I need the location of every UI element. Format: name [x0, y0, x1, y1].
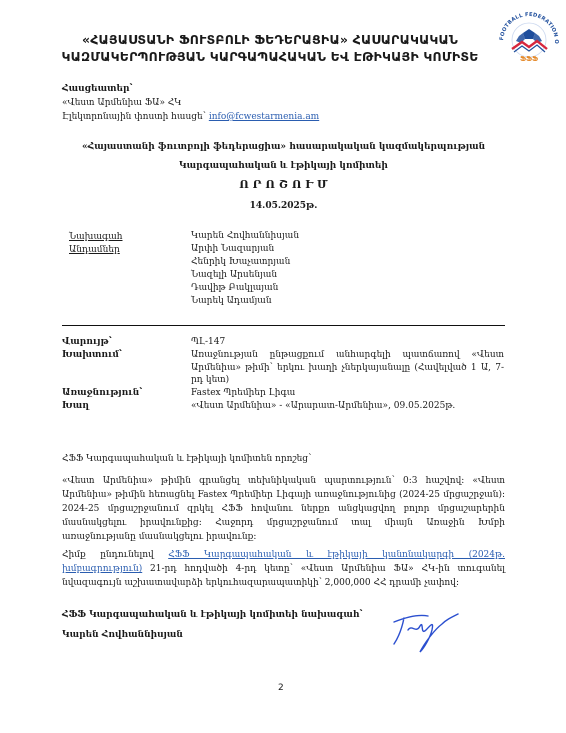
chair-label: Նախագահ	[69, 230, 123, 244]
case-label: Խաղ	[62, 400, 192, 413]
case-value: «Վեստ Արմենիա» - «Արարատ-Արմենիա», 09.05…	[191, 400, 504, 413]
handwritten-signature-icon	[390, 608, 460, 658]
case-label: Առաջնություն՝	[62, 387, 192, 400]
title-committee: Կարգապահական և էթիկայի կոմիտեի	[62, 159, 505, 173]
member-name: Հենրիկ Խաչատրյան	[191, 256, 299, 269]
email-label: Էլեկտրոնային փոստի հասցե՝	[62, 112, 206, 122]
doc-type-title: Ո Ր Ո Շ Ո Ւ Մ	[62, 178, 505, 191]
case-row-violation: Խախտում՝ Առաջնության ընթացքում անհարգելի…	[62, 349, 505, 387]
case-value: Առաջնության ընթացքում անհարգելի պատճառով…	[191, 349, 504, 387]
decision-paragraph-2: Հիմք ընդունելով ՀՖՖ Կարգապահական և էթիկա…	[62, 548, 505, 590]
case-value: Fastex Պրեմիեր Լիգա	[191, 387, 504, 400]
member-name: Արփի Նազարյան	[191, 243, 299, 256]
signatory-name: Կարեն Հովհաննիսյան	[62, 628, 183, 642]
case-label: Խախտում՝	[62, 349, 192, 362]
page-number: 2	[278, 683, 284, 693]
committee-list: Կարեն Հովհաննիսյան Արփի Նազարյան Հենրիկ …	[191, 230, 299, 308]
addressee-label: Հասցեատեր՝	[62, 82, 132, 96]
members-label: Անդամներ	[69, 243, 120, 257]
signature-title: ՀՖՖ Կարգապահական և էթիկայի կոմիտեի նախագ…	[62, 608, 362, 622]
decision-intro: ՀՖՖ Կարգապահական և էթիկայի կոմիտեն որոշե…	[62, 452, 505, 466]
decision-paragraph-1: «Վեստ Արմենիա» թիմին գրանցել տեխնիկական …	[62, 474, 505, 544]
case-value: ՊԼ-147	[191, 336, 504, 349]
chair-name: Կարեն Հովհաննիսյան	[191, 230, 299, 243]
paragraph-2-prefix: Հիմք ընդունելով	[62, 550, 168, 560]
decision-date: 14.05.2025թ.	[62, 199, 505, 213]
case-label: Վարույթ՝	[62, 336, 192, 349]
member-name: Նազելի Արսենյան	[191, 269, 299, 282]
title-org: «Հայաստանի ֆուտբոլի ֆեդերացիա» հասարակակ…	[62, 140, 505, 154]
svg-text:ՖՖՖ: ՖՖՖ	[520, 55, 538, 63]
case-row-match: Խաղ «Վեստ Արմենիա» - «Արարատ-Արմենիա», 0…	[62, 400, 505, 413]
addressee-email-row: Էլեկտրոնային փոստի հասցե՝ info@fcwestarm…	[62, 110, 319, 124]
email-link[interactable]: info@fcwestarmenia.am	[209, 112, 319, 122]
case-row-championship: Առաջնություն՝ Fastex Պրեմիեր Լիգա	[62, 387, 505, 400]
member-name: Դավիթ Բակլայան	[191, 282, 299, 295]
addressee-club: «Վեստ Արմենիա ՖԱ» ՀԿ	[62, 96, 182, 110]
ffa-logo-icon: FOOTBALL FEDERATION OF ARMENIA ՖՖՖ	[497, 8, 561, 76]
case-row-proceeding: Վարույթ՝ ՊԼ-147	[62, 336, 505, 349]
member-name: Նարեկ Ադամյան	[191, 295, 299, 308]
header-line-2: ԿԱԶՄԱԿԵՐՊՈՒԹՅԱՆ ԿԱՐԳԱՊԱՀԱԿԱՆ ԵՎ ԷԹԻԿԱՅԻ …	[40, 48, 500, 66]
section-divider	[62, 325, 505, 326]
header-line-1: «ՀԱՅԱՍՏԱՆԻ ՖՈՒՏԲՈԼԻ ՖԵԴԵՐԱՑԻԱ» ՀԱՍԱՐԱԿԱԿ…	[40, 31, 500, 49]
